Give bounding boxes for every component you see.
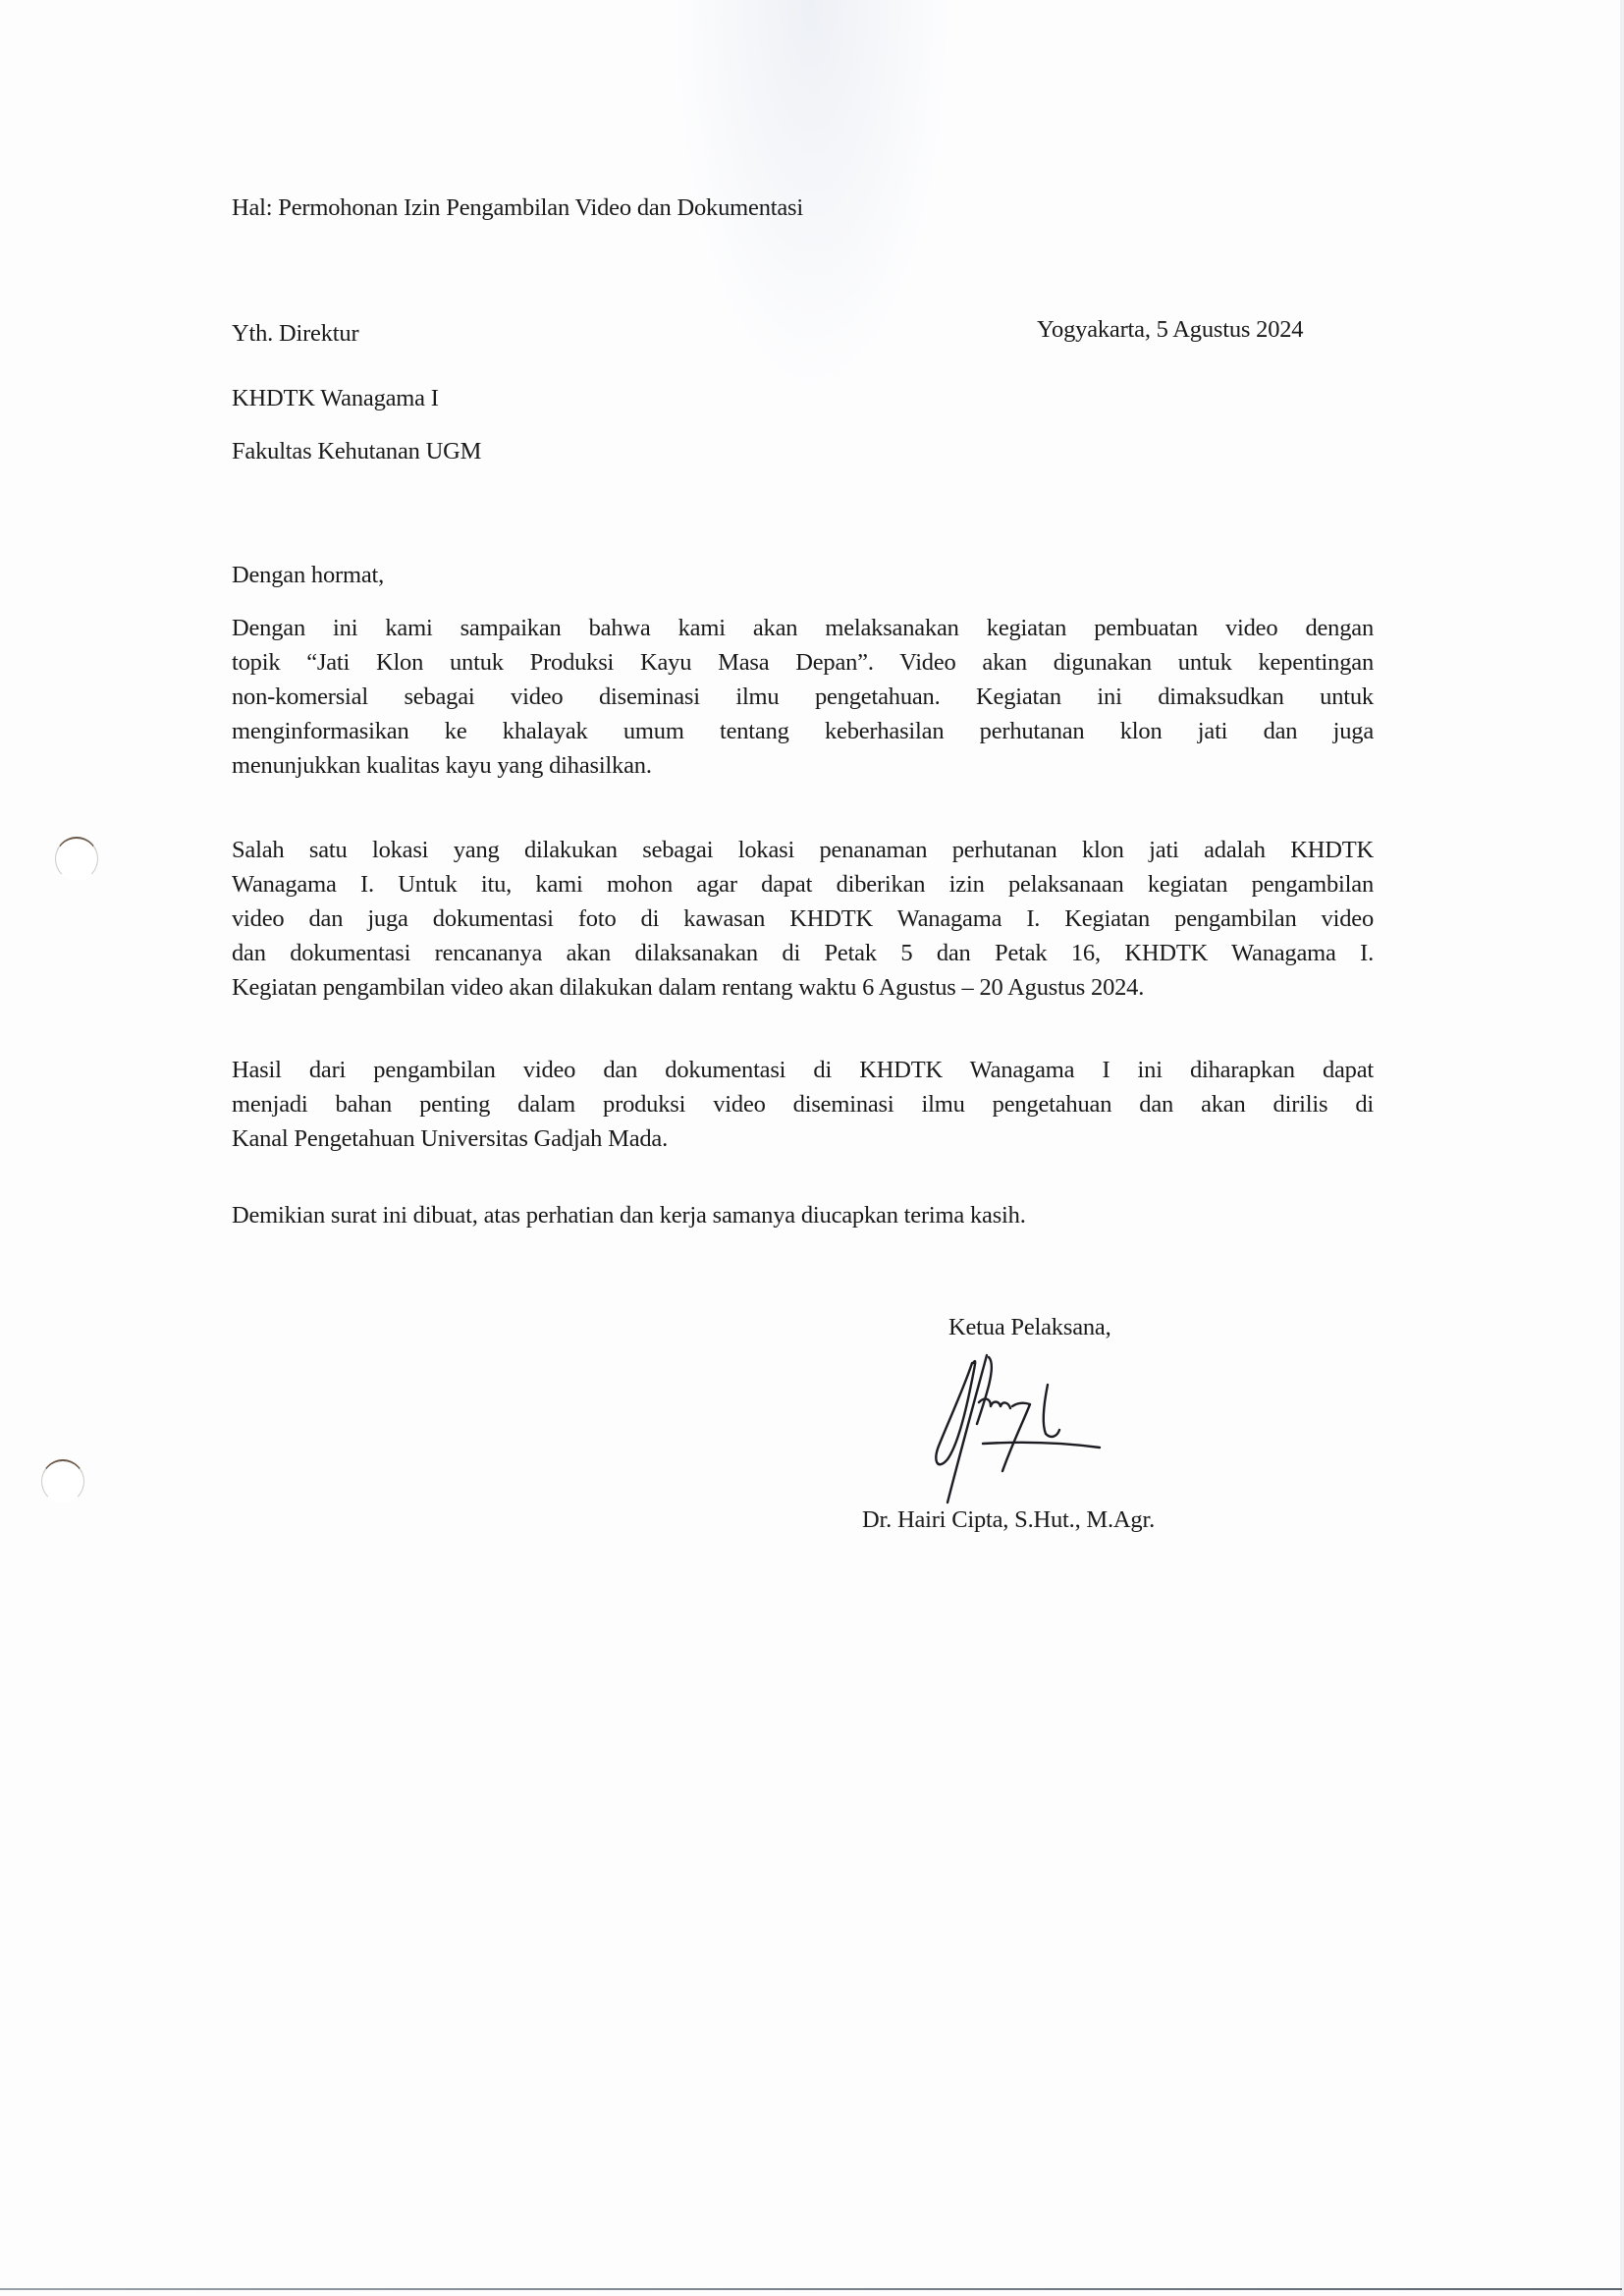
paragraph-line: menjadi bahan penting dalam produksi vid… (232, 1087, 1374, 1121)
paragraph-line: Wanagama I. Untuk itu, kami mohon agar d… (232, 867, 1374, 902)
closing-paragraph: Demikian surat ini dibuat, atas perhatia… (232, 1198, 1374, 1232)
paragraph-line: Hasil dari pengambilan video dan dokumen… (232, 1053, 1374, 1087)
paragraph-line: dan dokumentasi rencananya akan dilaksan… (232, 936, 1374, 970)
recipient-line: KHDTK Wanagama I (232, 387, 439, 411)
paragraph-line: Salah satu lokasi yang dilakukan sebagai… (232, 833, 1374, 867)
scanned-letter-page: Hal: Permohonan Izin Pengambilan Video d… (0, 0, 1624, 2296)
body-paragraph: Dengan ini kami sampaikan bahwa kami aka… (232, 611, 1374, 783)
page-right-edge (1620, 0, 1624, 2296)
paragraph-line: Demikian surat ini dibuat, atas perhatia… (232, 1198, 1374, 1232)
paragraph-line: Kegiatan pengambilan video akan dilakuka… (232, 970, 1374, 1005)
signature-icon (918, 1345, 1114, 1512)
punch-hole-top (55, 837, 98, 881)
paragraph-line: menginformasikan ke khalayak umum tentan… (232, 714, 1374, 748)
signer-name: Dr. Hairi Cipta, S.Hut., M.Agr. (862, 1508, 1155, 1533)
paragraph-line: menunjukkan kualitas kayu yang dihasilka… (232, 748, 1374, 783)
salutation: Dengan hormat, (232, 564, 384, 588)
body-paragraph: Hasil dari pengambilan video dan dokumen… (232, 1053, 1374, 1156)
punch-hole-bottom (41, 1459, 84, 1503)
paragraph-line: video dan juga dokumentasi foto di kawas… (232, 902, 1374, 936)
paragraph-line: topik “Jati Klon untuk Produksi Kayu Mas… (232, 645, 1374, 680)
recipient-line: Fakultas Kehutanan UGM (232, 440, 481, 465)
letter-subject: Hal: Permohonan Izin Pengambilan Video d… (232, 196, 803, 221)
paragraph-line: non-komersial sebagai video diseminasi i… (232, 680, 1374, 714)
paragraph-line: Kanal Pengetahuan Universitas Gadjah Mad… (232, 1121, 1374, 1156)
recipient-line: Yth. Direktur (232, 322, 358, 347)
page-bottom-edge (0, 2288, 1622, 2290)
body-paragraph: Salah satu lokasi yang dilakukan sebagai… (232, 833, 1374, 1005)
closing-title: Ketua Pelaksana, (948, 1316, 1111, 1340)
place-date: Yogyakarta, 5 Agustus 2024 (1037, 318, 1303, 343)
paragraph-line: Dengan ini kami sampaikan bahwa kami aka… (232, 611, 1374, 645)
